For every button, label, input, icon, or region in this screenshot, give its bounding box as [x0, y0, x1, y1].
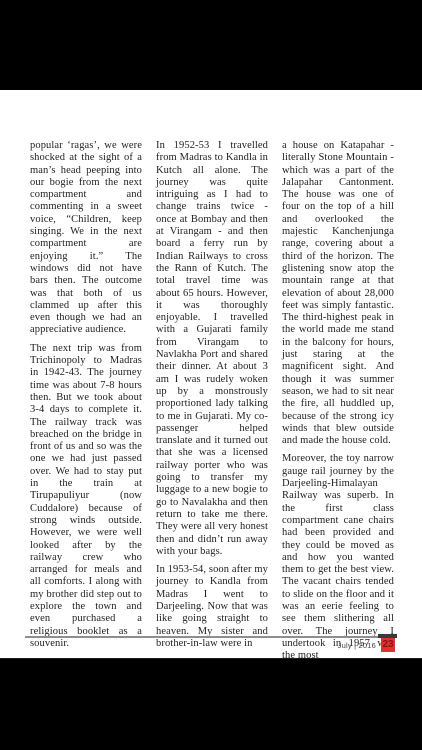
article-columns: popular ‘ragas’, we were shocked at the … [30, 140, 394, 662]
article-column-1: popular ‘ragas’, we were shocked at the … [30, 140, 142, 662]
paragraph: a house on Katapahar - literally Stone M… [282, 140, 394, 447]
paragraph: popular ‘ragas’, we were shocked at the … [30, 140, 142, 337]
issue-date: July | 2016 [338, 641, 376, 650]
reader-screen: popular ‘ragas’, we were shocked at the … [0, 0, 422, 750]
letterbox-top [0, 0, 422, 91]
letterbox-bottom [0, 658, 422, 750]
paragraph: Moreover, the toy narrow gauge rail jour… [282, 453, 394, 662]
paragraph: In 1952-53 I travelled from Madras to Ka… [156, 140, 268, 558]
magazine-page[interactable]: popular ‘ragas’, we were shocked at the … [0, 90, 422, 659]
article-column-3: a house on Katapahar - literally Stone M… [282, 140, 394, 662]
paragraph: The next trip was from Trichinopoly to M… [30, 343, 142, 650]
page-number-badge: 23 [381, 638, 395, 652]
footer-rule [25, 636, 397, 638]
article-column-2: In 1952-53 I travelled from Madras to Ka… [156, 140, 268, 662]
